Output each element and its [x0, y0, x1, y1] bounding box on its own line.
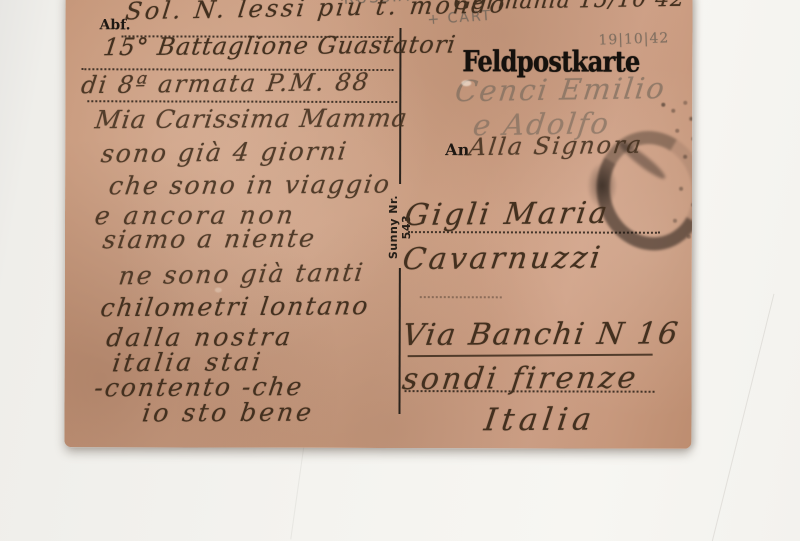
annotation-pencil-date: 19|10|42: [598, 30, 669, 48]
message-line: io sto bene: [141, 398, 317, 428]
address-line: Cavarnuzzi: [401, 240, 606, 277]
address-pencil-name: Cenci Emilio: [453, 71, 668, 108]
message-line: Mia Carissima Mamma: [93, 103, 409, 134]
postcard: Sunny Nr. 543 Feldpostkarte Abf. An RUSS…: [64, 0, 692, 449]
sender-line: 15° Battaglione Guastatori: [102, 30, 458, 61]
handwritten-underline: [408, 354, 653, 357]
message-line: siamo a niente: [101, 224, 318, 255]
message-line: sono già 4 giorni: [99, 136, 350, 168]
dotted-line: [420, 296, 502, 298]
message-line: ne sono già tanti: [117, 258, 366, 291]
address-line: Italia: [482, 402, 598, 439]
address-salutation: Alla Signora: [467, 131, 644, 162]
dotted-line: [87, 100, 397, 103]
address-line: Via Banchi N 16: [400, 316, 681, 353]
sender-line: di 8ª armata P.M. 88: [80, 68, 372, 99]
paper-crease: [711, 294, 775, 541]
an-label: An: [445, 140, 469, 159]
message-line: che sono in viaggio: [107, 170, 393, 201]
paper-damage-spot: [215, 288, 222, 293]
postcard-scan: Sunny Nr. 543 Feldpostkarte Abf. An RUSS…: [0, 0, 800, 541]
address-line: Gigli Maria: [403, 196, 612, 233]
address-line: sondi firenze: [400, 361, 640, 397]
paper-damage-spot: [461, 80, 471, 86]
message-line: chilometri lontano: [99, 291, 372, 322]
